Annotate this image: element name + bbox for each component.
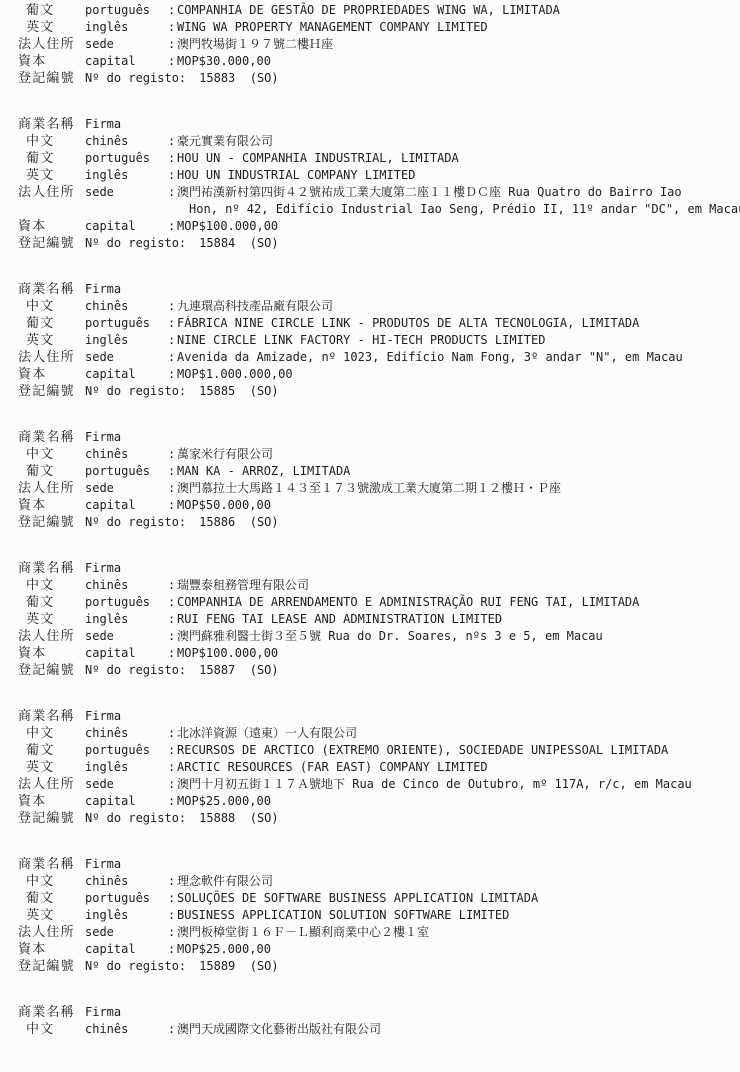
entry-row: 法人住所sede:澳門蘇雅利醫士街３至５號 Rua do Dr. Soares,… bbox=[18, 628, 740, 645]
entry-row: 法人住所sede:澳門十月初五街１１７Ａ號地下 Rua de Cinco de … bbox=[18, 776, 740, 793]
field-label-portuguese: chinês bbox=[85, 133, 168, 150]
field-label-chinese: 英文 bbox=[18, 167, 85, 184]
field-label-portuguese: Nº do registo: bbox=[85, 235, 186, 252]
registry-entry: 商業名稱Firma中文chinês:九連環高科技產品廠有限公司葡文portugu… bbox=[18, 281, 740, 400]
field-value: SOLUÇÕES DE SOFTWARE BUSINESS APPLICATIO… bbox=[177, 890, 538, 907]
field-label-chinese: 商業名稱 bbox=[18, 1004, 85, 1021]
field-value: WING WA PROPERTY MANAGEMENT COMPANY LIMI… bbox=[177, 19, 488, 36]
field-value: 澳門板樟堂街１６Ｆ－Ｌ顯利商業中心２樓１室 bbox=[177, 924, 429, 941]
field-value: MOP$50.000,00 bbox=[177, 497, 271, 514]
field-value: 豪元實業有限公司 bbox=[177, 133, 273, 150]
entry-row: 葡文português:COMPANHIA DE ARRENDAMENTO E … bbox=[18, 594, 740, 611]
field-label-portuguese: sede bbox=[85, 480, 168, 497]
field-label-portuguese: Firma bbox=[85, 856, 168, 873]
field-value: 15886 (SO) bbox=[186, 514, 278, 531]
entry-row: 葡文português:COMPANHIA DE GESTÃO DE PROPR… bbox=[18, 2, 740, 19]
field-value: 15885 (SO) bbox=[186, 383, 278, 400]
field-label-portuguese: chinês bbox=[85, 577, 168, 594]
colon-separator: : bbox=[168, 611, 177, 628]
field-label-portuguese: português bbox=[85, 463, 168, 480]
field-value: 萬家米行有限公司 bbox=[177, 446, 273, 463]
field-label-portuguese: sede bbox=[85, 349, 168, 366]
colon-separator: : bbox=[168, 759, 177, 776]
field-value: 澳門祐漢新村第四街４２號祐成工業大廈第二座１１樓ＤＣ座 Rua Quatro d… bbox=[177, 184, 682, 201]
field-value: BUSINESS APPLICATION SOLUTION SOFTWARE L… bbox=[177, 907, 509, 924]
field-label-chinese: 商業名稱 bbox=[18, 429, 85, 446]
field-value: ARCTIC RESOURCES (FAR EAST) COMPANY LIMI… bbox=[177, 759, 488, 776]
field-label-chinese: 商業名稱 bbox=[18, 116, 85, 133]
entry-row: 資本capital:MOP$25.000,00 bbox=[18, 793, 740, 810]
entry-row: Hon, nº 42, Edifício Industrial Iao Seng… bbox=[18, 201, 740, 218]
field-value: 瑞豐泰租務管理有限公司 bbox=[177, 577, 309, 594]
field-label-chinese: 法人住所 bbox=[18, 480, 85, 497]
entry-row: 登記編號Nº do registo:15884 (SO) bbox=[18, 235, 740, 252]
field-label-chinese: 法人住所 bbox=[18, 628, 85, 645]
entry-row: 商業名稱Firma bbox=[18, 429, 740, 446]
field-label-chinese: 登記編號 bbox=[18, 514, 85, 531]
field-label-chinese: 資本 bbox=[18, 366, 85, 383]
field-value: 澳門蘇雅利醫士街３至５號 Rua do Dr. Soares, nºs 3 e … bbox=[177, 628, 603, 645]
field-label-chinese: 葡文 bbox=[18, 315, 85, 332]
field-value: 澳門十月初五街１１７Ａ號地下 Rua de Cinco de Outubro, … bbox=[177, 776, 692, 793]
field-label-chinese: 中文 bbox=[18, 725, 85, 742]
field-value: 澳門牧場街１９７號二樓Ｈ座 bbox=[177, 36, 333, 53]
entry-row: 法人住所sede:澳門祐漢新村第四街４２號祐成工業大廈第二座１１樓ＤＣ座 Rua… bbox=[18, 184, 740, 201]
registry-entries: 葡文português:COMPANHIA DE GESTÃO DE PROPR… bbox=[18, 2, 740, 1038]
colon-separator: : bbox=[168, 53, 177, 70]
colon-separator: : bbox=[168, 463, 177, 480]
colon-separator: : bbox=[168, 1021, 177, 1038]
field-value: HOU UN INDUSTRIAL COMPANY LIMITED bbox=[177, 167, 415, 184]
field-label-portuguese: chinês bbox=[85, 725, 168, 742]
field-value: RUI FENG TAI LEASE AND ADMINISTRATION LI… bbox=[177, 611, 502, 628]
field-label-portuguese: Firma bbox=[85, 1004, 168, 1021]
field-label-chinese: 登記編號 bbox=[18, 662, 85, 679]
field-value: MOP$100.000,00 bbox=[177, 645, 278, 662]
entry-row: 商業名稱Firma bbox=[18, 281, 740, 298]
field-label-chinese: 中文 bbox=[18, 873, 85, 890]
colon-separator: : bbox=[168, 577, 177, 594]
entry-row: 商業名稱Firma bbox=[18, 116, 740, 133]
colon-separator: : bbox=[168, 742, 177, 759]
registry-entry: 商業名稱Firma中文chinês:澳門天成國際文化藝術出版社有限公司 bbox=[18, 1004, 740, 1038]
entry-row: 英文inglês:ARCTIC RESOURCES (FAR EAST) COM… bbox=[18, 759, 740, 776]
field-label-portuguese: inglês bbox=[85, 759, 168, 776]
field-label-portuguese: sede bbox=[85, 776, 168, 793]
field-label-portuguese: chinês bbox=[85, 1021, 168, 1038]
field-value: 澳門慕拉士大馬路１４３至１７３號激成工業大廈第二期１２樓Ｈ・Ｐ座 bbox=[177, 480, 561, 497]
field-label-portuguese: sede bbox=[85, 628, 168, 645]
field-value: NINE CIRCLE LINK FACTORY - HI-TECH PRODU… bbox=[177, 332, 545, 349]
field-label-portuguese: capital bbox=[85, 793, 168, 810]
colon-separator: : bbox=[168, 907, 177, 924]
field-label-chinese: 資本 bbox=[18, 645, 85, 662]
field-value: MOP$30.000,00 bbox=[177, 53, 271, 70]
field-label-portuguese: português bbox=[85, 150, 168, 167]
field-label-chinese: 英文 bbox=[18, 332, 85, 349]
field-label-chinese: 英文 bbox=[18, 759, 85, 776]
field-label-chinese: 英文 bbox=[18, 19, 85, 36]
field-label-chinese: 登記編號 bbox=[18, 958, 85, 975]
field-value: 15889 (SO) bbox=[186, 958, 278, 975]
colon-separator: : bbox=[168, 924, 177, 941]
field-label-portuguese: português bbox=[85, 890, 168, 907]
field-label-chinese: 葡文 bbox=[18, 742, 85, 759]
field-label-portuguese: Firma bbox=[85, 708, 168, 725]
field-label-chinese: 商業名稱 bbox=[18, 856, 85, 873]
field-label-chinese: 中文 bbox=[18, 298, 85, 315]
field-value: 15888 (SO) bbox=[186, 810, 278, 827]
colon-separator: : bbox=[168, 298, 177, 315]
field-value: MOP$1.000.000,00 bbox=[177, 366, 293, 383]
entry-row: 中文chinês:北冰洋資源（遠東）一人有限公司 bbox=[18, 725, 740, 742]
gazette-page: 葡文português:COMPANHIA DE GESTÃO DE PROPR… bbox=[0, 0, 740, 1072]
field-label-chinese: 資本 bbox=[18, 53, 85, 70]
entry-row: 資本capital:MOP$100.000,00 bbox=[18, 645, 740, 662]
colon-separator: : bbox=[168, 218, 177, 235]
entry-row: 登記編號Nº do registo:15886 (SO) bbox=[18, 514, 740, 531]
field-label-chinese: 英文 bbox=[18, 907, 85, 924]
colon-separator: : bbox=[168, 446, 177, 463]
entry-row: 資本capital:MOP$100.000,00 bbox=[18, 218, 740, 235]
colon-separator: : bbox=[168, 776, 177, 793]
colon-separator: : bbox=[168, 36, 177, 53]
entry-row: 中文chinês:豪元實業有限公司 bbox=[18, 133, 740, 150]
field-label-chinese: 葡文 bbox=[18, 2, 85, 19]
field-label-portuguese: Nº do registo: bbox=[85, 662, 186, 679]
field-label-portuguese: português bbox=[85, 594, 168, 611]
colon-separator: : bbox=[168, 645, 177, 662]
field-label-chinese: 商業名稱 bbox=[18, 281, 85, 298]
field-value: HOU UN - COMPANHIA INDUSTRIAL, LIMITADA bbox=[177, 150, 459, 167]
entry-row: 登記編號Nº do registo:15883 (SO) bbox=[18, 70, 740, 87]
field-label-portuguese: chinês bbox=[85, 873, 168, 890]
field-value: 15887 (SO) bbox=[186, 662, 278, 679]
field-label-chinese: 商業名稱 bbox=[18, 708, 85, 725]
field-value: FÁBRICA NINE CIRCLE LINK - PRODUTOS DE A… bbox=[177, 315, 639, 332]
field-label-portuguese: Firma bbox=[85, 281, 168, 298]
field-label-chinese: 葡文 bbox=[18, 594, 85, 611]
entry-row: 英文inglês:BUSINESS APPLICATION SOLUTION S… bbox=[18, 907, 740, 924]
registry-entry: 商業名稱Firma中文chinês:豪元實業有限公司葡文português:HO… bbox=[18, 116, 740, 252]
colon-separator: : bbox=[168, 184, 177, 201]
field-value: 理念軟件有限公司 bbox=[177, 873, 273, 890]
colon-separator: : bbox=[168, 349, 177, 366]
field-label-portuguese: chinês bbox=[85, 446, 168, 463]
entry-row: 中文chinês:澳門天成國際文化藝術出版社有限公司 bbox=[18, 1021, 740, 1038]
field-label-chinese: 資本 bbox=[18, 793, 85, 810]
field-label-portuguese: Firma bbox=[85, 116, 168, 133]
entry-row: 資本capital:MOP$1.000.000,00 bbox=[18, 366, 740, 383]
entry-row: 法人住所sede:澳門慕拉士大馬路１４３至１７３號激成工業大廈第二期１２樓Ｈ・Ｐ… bbox=[18, 480, 740, 497]
field-label-portuguese: Nº do registo: bbox=[85, 383, 186, 400]
field-label-portuguese: capital bbox=[85, 218, 168, 235]
field-label-portuguese: capital bbox=[85, 645, 168, 662]
field-label-portuguese: sede bbox=[85, 184, 168, 201]
field-value: 北冰洋資源（遠東）一人有限公司 bbox=[177, 725, 357, 742]
field-label-portuguese: Firma bbox=[85, 429, 168, 446]
field-label-portuguese: inglês bbox=[85, 611, 168, 628]
field-label-chinese: 法人住所 bbox=[18, 36, 85, 53]
field-label-portuguese: chinês bbox=[85, 298, 168, 315]
entry-row: 資本capital:MOP$50.000,00 bbox=[18, 497, 740, 514]
field-label-chinese: 法人住所 bbox=[18, 184, 85, 201]
entry-row: 英文inglês:WING WA PROPERTY MANAGEMENT COM… bbox=[18, 19, 740, 36]
field-label-portuguese: português bbox=[85, 742, 168, 759]
registry-entry: 葡文português:COMPANHIA DE GESTÃO DE PROPR… bbox=[18, 2, 740, 87]
colon-separator: : bbox=[168, 332, 177, 349]
entry-row: 葡文português:FÁBRICA NINE CIRCLE LINK - P… bbox=[18, 315, 740, 332]
colon-separator: : bbox=[168, 725, 177, 742]
colon-separator: : bbox=[168, 873, 177, 890]
colon-separator: : bbox=[168, 628, 177, 645]
field-label-chinese: 資本 bbox=[18, 218, 85, 235]
field-label-portuguese: sede bbox=[85, 924, 168, 941]
field-label-portuguese: português bbox=[85, 315, 168, 332]
field-label-portuguese: Nº do registo: bbox=[85, 514, 186, 531]
entry-row: 商業名稱Firma bbox=[18, 1004, 740, 1021]
colon-separator: : bbox=[168, 133, 177, 150]
field-label-portuguese: capital bbox=[85, 366, 168, 383]
registry-entry: 商業名稱Firma中文chinês:北冰洋資源（遠東）一人有限公司葡文portu… bbox=[18, 708, 740, 827]
entry-row: 登記編號Nº do registo:15889 (SO) bbox=[18, 958, 740, 975]
entry-row: 登記編號Nº do registo:15888 (SO) bbox=[18, 810, 740, 827]
field-value: Hon, nº 42, Edifício Industrial Iao Seng… bbox=[177, 201, 740, 218]
entry-row: 中文chinês:萬家米行有限公司 bbox=[18, 446, 740, 463]
entry-row: 中文chinês:理念軟件有限公司 bbox=[18, 873, 740, 890]
entry-row: 商業名稱Firma bbox=[18, 708, 740, 725]
field-label-chinese: 英文 bbox=[18, 611, 85, 628]
field-value: COMPANHIA DE ARRENDAMENTO E ADMINISTRAÇÃ… bbox=[177, 594, 639, 611]
entry-row: 法人住所sede:澳門牧場街１９７號二樓Ｈ座 bbox=[18, 36, 740, 53]
field-label-portuguese: inglês bbox=[85, 907, 168, 924]
colon-separator: : bbox=[168, 366, 177, 383]
colon-separator: : bbox=[168, 315, 177, 332]
entry-row: 商業名稱Firma bbox=[18, 560, 740, 577]
colon-separator: : bbox=[168, 150, 177, 167]
field-value: MOP$25.000,00 bbox=[177, 793, 271, 810]
field-value: 澳門天成國際文化藝術出版社有限公司 bbox=[177, 1021, 381, 1038]
entry-row: 登記編號Nº do registo:15887 (SO) bbox=[18, 662, 740, 679]
field-label-chinese: 中文 bbox=[18, 577, 85, 594]
field-value: 九連環高科技產品廠有限公司 bbox=[177, 298, 333, 315]
colon-separator: : bbox=[168, 793, 177, 810]
entry-row: 法人住所sede:Avenida da Amizade, nº 1023, Ed… bbox=[18, 349, 740, 366]
field-label-chinese: 登記編號 bbox=[18, 383, 85, 400]
colon-separator: : bbox=[168, 941, 177, 958]
field-label-chinese: 中文 bbox=[18, 446, 85, 463]
field-label-portuguese: Nº do registo: bbox=[85, 958, 186, 975]
entry-row: 資本capital:MOP$25.000,00 bbox=[18, 941, 740, 958]
field-label-chinese: 葡文 bbox=[18, 463, 85, 480]
entry-row: 中文chinês:瑞豐泰租務管理有限公司 bbox=[18, 577, 740, 594]
field-value: MOP$100.000,00 bbox=[177, 218, 278, 235]
field-label-chinese: 中文 bbox=[18, 1021, 85, 1038]
field-label-portuguese: Nº do registo: bbox=[85, 810, 186, 827]
field-label-chinese: 法人住所 bbox=[18, 924, 85, 941]
field-value: COMPANHIA DE GESTÃO DE PROPRIEDADES WING… bbox=[177, 2, 560, 19]
entry-row: 英文inglês:HOU UN INDUSTRIAL COMPANY LIMIT… bbox=[18, 167, 740, 184]
colon-separator: : bbox=[168, 167, 177, 184]
field-value: MAN KA - ARROZ, LIMITADA bbox=[177, 463, 350, 480]
entry-row: 中文chinês:九連環高科技產品廠有限公司 bbox=[18, 298, 740, 315]
field-label-portuguese: inglês bbox=[85, 19, 168, 36]
entry-row: 英文inglês:NINE CIRCLE LINK FACTORY - HI-T… bbox=[18, 332, 740, 349]
field-value: RECURSOS DE ARCTICO (EXTREMO ORIENTE), S… bbox=[177, 742, 668, 759]
field-label-portuguese: inglês bbox=[85, 332, 168, 349]
field-value: 15883 (SO) bbox=[186, 70, 278, 87]
field-label-portuguese: português bbox=[85, 2, 168, 19]
colon-separator: : bbox=[168, 890, 177, 907]
field-label-chinese: 法人住所 bbox=[18, 776, 85, 793]
field-label-portuguese: Firma bbox=[85, 560, 168, 577]
field-label-portuguese: Nº do registo: bbox=[85, 70, 186, 87]
registry-entry: 商業名稱Firma中文chinês:理念軟件有限公司葡文português:SO… bbox=[18, 856, 740, 975]
field-label-portuguese: sede bbox=[85, 36, 168, 53]
field-label-chinese: 中文 bbox=[18, 133, 85, 150]
entry-row: 葡文português:MAN KA - ARROZ, LIMITADA bbox=[18, 463, 740, 480]
field-label-chinese: 葡文 bbox=[18, 150, 85, 167]
colon-separator: : bbox=[168, 497, 177, 514]
field-label-portuguese: capital bbox=[85, 53, 168, 70]
colon-separator: : bbox=[168, 480, 177, 497]
entry-row: 法人住所sede:澳門板樟堂街１６Ｆ－Ｌ顯利商業中心２樓１室 bbox=[18, 924, 740, 941]
field-label-chinese: 法人住所 bbox=[18, 349, 85, 366]
colon-separator: : bbox=[168, 2, 177, 19]
entry-row: 資本capital:MOP$30.000,00 bbox=[18, 53, 740, 70]
field-value: Avenida da Amizade, nº 1023, Edifício Na… bbox=[177, 349, 683, 366]
registry-entry: 商業名稱Firma中文chinês:萬家米行有限公司葡文português:MA… bbox=[18, 429, 740, 531]
entry-row: 葡文português:SOLUÇÕES DE SOFTWARE BUSINES… bbox=[18, 890, 740, 907]
field-label-chinese: 登記編號 bbox=[18, 810, 85, 827]
field-label-chinese: 登記編號 bbox=[18, 235, 85, 252]
entry-row: 葡文português:RECURSOS DE ARCTICO (EXTREMO… bbox=[18, 742, 740, 759]
field-label-chinese: 資本 bbox=[18, 941, 85, 958]
field-label-portuguese: capital bbox=[85, 941, 168, 958]
field-label-portuguese: inglês bbox=[85, 167, 168, 184]
entry-row: 葡文português:HOU UN - COMPANHIA INDUSTRIA… bbox=[18, 150, 740, 167]
entry-row: 登記編號Nº do registo:15885 (SO) bbox=[18, 383, 740, 400]
field-label-chinese: 商業名稱 bbox=[18, 560, 85, 577]
registry-entry: 商業名稱Firma中文chinês:瑞豐泰租務管理有限公司葡文português… bbox=[18, 560, 740, 679]
field-value: MOP$25.000,00 bbox=[177, 941, 271, 958]
field-label-chinese: 登記編號 bbox=[18, 70, 85, 87]
field-label-chinese: 資本 bbox=[18, 497, 85, 514]
field-label-portuguese: capital bbox=[85, 497, 168, 514]
entry-row: 英文inglês:RUI FENG TAI LEASE AND ADMINIST… bbox=[18, 611, 740, 628]
entry-row: 商業名稱Firma bbox=[18, 856, 740, 873]
field-label-chinese: 葡文 bbox=[18, 890, 85, 907]
colon-separator: : bbox=[168, 594, 177, 611]
field-value: 15884 (SO) bbox=[186, 235, 278, 252]
colon-separator: : bbox=[168, 19, 177, 36]
